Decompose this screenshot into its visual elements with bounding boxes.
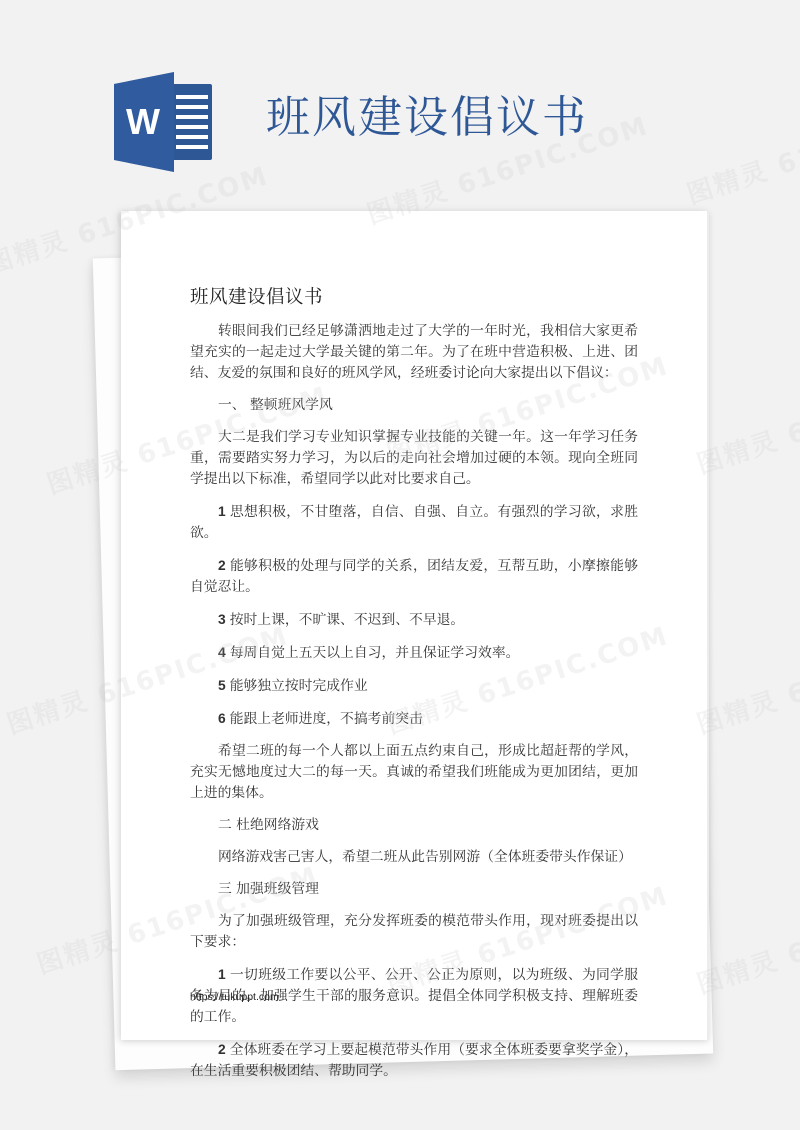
footer-url: https://tukuppt.com <box>190 991 279 1003</box>
section-heading-2: 二 杜绝网络游戏 <box>190 815 638 836</box>
list-item: 1思想积极，不甘堕落，自信、自强、自立。有强烈的学习欲，求胜欲。 <box>190 501 638 544</box>
list-item: 2全体班委在学习上要起模范带头作用（要求全体班委要拿奖学金），在生活重要积极团结… <box>190 1039 638 1082</box>
section-2-paragraph: 网络游戏害己害人，希望二班从此告别网游（全体班委带头作保证） <box>190 847 638 868</box>
svg-text:W: W <box>126 101 160 142</box>
list-item: 6能跟上老师进度，不搞考前突击 <box>190 708 638 730</box>
document-body: 转眼间我们已经足够潇洒地走过了大学的一年时光，我相信大家更希望充实的一起走过大学… <box>190 321 638 1093</box>
list-item: 2能够积极的处理与同学的关系，团结友爱，互帮互助，小摩擦能够自觉忍让。 <box>190 555 638 598</box>
banner-title: 班风建设倡议书 <box>266 88 588 148</box>
section-1-conclusion: 希望二班的每一个人都以上面五点约束自己，形成比超赶帮的学风，充实无憾地度过大二的… <box>190 741 638 804</box>
section-3-paragraph: 为了加强班级管理，充分发挥班委的模范带头作用，现对班委提出以下要求： <box>190 911 638 953</box>
document-page: 班风建设倡议书 转眼间我们已经足够潇洒地走过了大学的一年时光，我相信大家更希望充… <box>121 211 709 1040</box>
intro-paragraph: 转眼间我们已经足够潇洒地走过了大学的一年时光，我相信大家更希望充实的一起走过大学… <box>190 321 638 384</box>
section-heading-3: 三 加强班级管理 <box>190 879 638 900</box>
document-title: 班风建设倡议书 <box>190 283 323 309</box>
list-item: 3按时上课，不旷课、不迟到、不早退。 <box>190 609 638 631</box>
word-document-icon: W <box>112 72 214 172</box>
list-item: 5能够独立按时完成作业 <box>190 675 638 697</box>
header-banner: W 班风建设倡议书 <box>0 0 800 200</box>
section-1-paragraph: 大二是我们学习专业知识掌握专业技能的关键一年。这一年学习任务重，需要踏实努力学习… <box>190 427 638 490</box>
list-item: 4每周自觉上五天以上自习，并且保证学习效率。 <box>190 642 638 664</box>
section-heading-1: 一、 整顿班风学风 <box>190 395 638 416</box>
